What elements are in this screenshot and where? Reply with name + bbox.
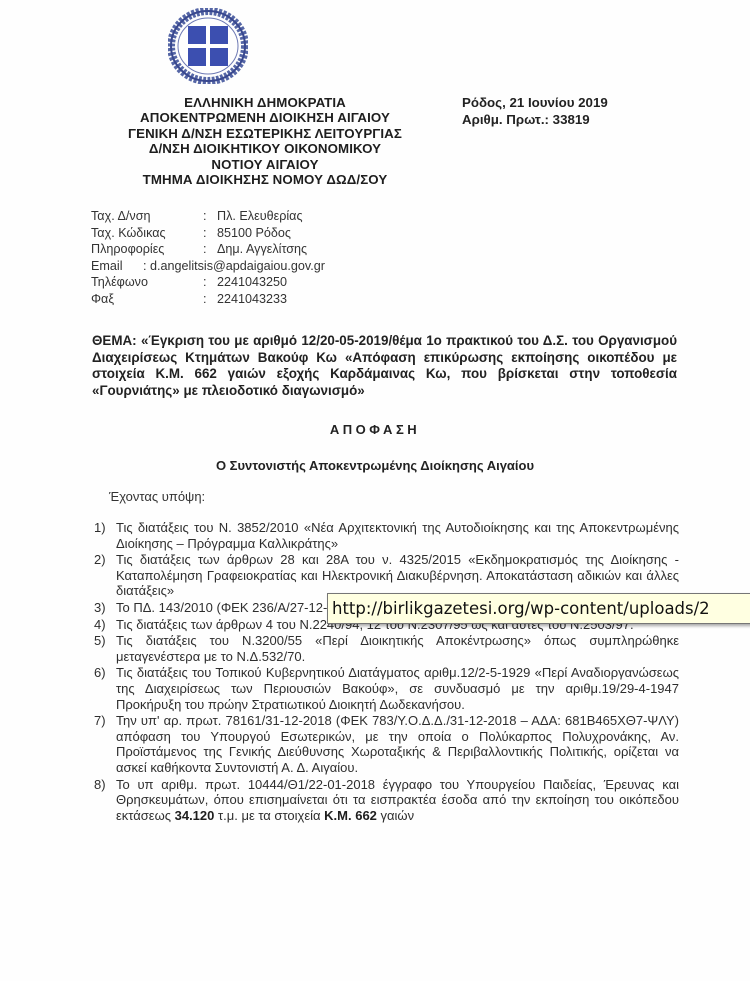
- link-url-tooltip: http://birlikgazetesi.org/wp-content/upl…: [327, 593, 750, 624]
- item-text: Το υπ αριθμ. πρωτ. 10444/Θ1/22-01-2018 έ…: [116, 777, 679, 824]
- contact-row-fax: Φαξ : 2241043233: [91, 291, 325, 308]
- coordinator-heading: Ο Συντονιστής Αποκεντρωμένης Διοίκησης Α…: [0, 458, 750, 473]
- protocol-number: Αριθμ. Πρωτ.: 33819: [462, 111, 608, 128]
- contact-value: 85100 Ρόδος: [217, 225, 291, 242]
- contact-sep: :: [203, 241, 207, 258]
- contact-email: d.angelitsis@apdaigaiou.gov.gr: [150, 258, 325, 275]
- item-text: Τις διατάξεις του Ν.3200/55 «Περί Διοικη…: [116, 633, 679, 664]
- header-line: ΤΜΗΜΑ ΔΙΟΙΚΗΣΗΣ ΝΟΜΟΥ ΔΩΔ/ΣΟΥ: [100, 172, 430, 187]
- item-text: Τις διατάξεις των άρθρων 28 και 28Α του …: [116, 552, 679, 599]
- contact-label: Ταχ. Δ/νση: [91, 208, 203, 225]
- item-text: Την υπ' αρ. πρωτ. 78161/31-12-2018 (ΦΕΚ …: [116, 713, 679, 775]
- having-regard-label: Έχοντας υπόψη:: [109, 489, 205, 504]
- contact-label: Ταχ. Κώδικας: [91, 225, 203, 242]
- list-item: 1) Τις διατάξεις του Ν. 3852/2010 «Νέα Α…: [94, 520, 679, 551]
- list-item: 6) Τις διατάξεις του Τοπικού Κυβερνητικο…: [94, 665, 679, 712]
- item-text: Τις διατάξεις του Τοπικού Κυβερνητικού Δ…: [116, 665, 679, 712]
- plot-code: Κ.Μ. 662: [324, 808, 377, 823]
- subject-paragraph: ΘΕΜΑ: «Έγκριση του με αριθμό 12/20-05-20…: [92, 333, 677, 399]
- list-item: 2) Τις διατάξεις των άρθρων 28 και 28Α τ…: [94, 552, 679, 599]
- date-protocol-block: Ρόδος, 21 Ιουνίου 2019 Αριθμ. Πρωτ.: 338…: [462, 94, 608, 128]
- contact-label: Φαξ: [91, 291, 203, 308]
- item-number: 7): [94, 713, 116, 775]
- place-date: Ρόδος, 21 Ιουνίου 2019: [462, 94, 608, 111]
- list-item: 5) Τις διατάξεις του Ν.3200/55 «Περί Διο…: [94, 633, 679, 664]
- item-number: 6): [94, 665, 116, 712]
- contact-value: 2241043233: [217, 291, 287, 308]
- contact-label: Email: [91, 258, 143, 275]
- contact-sep: :: [203, 208, 207, 225]
- contact-label: Πληροφορίες: [91, 241, 203, 258]
- header-line: ΝΟΤΙΟΥ ΑΙΓΑΙΟΥ: [100, 157, 430, 172]
- contact-value: Δημ. Αγγελίτσης: [217, 241, 307, 258]
- item-number: 2): [94, 552, 116, 599]
- header-line: Δ/ΝΣΗ ΔΙΟΙΚΗΤΙΚΟΥ ΟΙΚΟΝΟΜΙΚΟΥ: [100, 141, 430, 156]
- item-number: 5): [94, 633, 116, 664]
- contact-sep: :: [143, 258, 147, 275]
- contact-sep: :: [203, 274, 207, 291]
- contact-row-email: Email : d.angelitsis@apdaigaiou.gov.gr: [91, 258, 325, 275]
- contact-details: Ταχ. Δ/νση : Πλ. Ελευθερίας Ταχ. Κώδικας…: [91, 208, 325, 308]
- header-line: ΓΕΝΙΚΗ Δ/ΝΣΗ ΕΣΩΤΕΡΙΚΗΣ ΛΕΙΤΟΥΡΓΙΑΣ: [100, 126, 430, 141]
- header-line: ΑΠΟΚΕΝΤΡΩΜΕΝΗ ΔΙΟΙΚΗΣΗ ΑΙΓΑΙΟΥ: [100, 110, 430, 125]
- item-number: 4): [94, 617, 116, 633]
- contact-row-info: Πληροφορίες : Δημ. Αγγελίτσης: [91, 241, 325, 258]
- list-item: 8) Το υπ αριθμ. πρωτ. 10444/Θ1/22-01-201…: [94, 777, 679, 824]
- contact-value: 2241043250: [217, 274, 287, 291]
- item-text: Τις διατάξεις του Ν. 3852/2010 «Νέα Αρχι…: [116, 520, 679, 551]
- greek-coat-of-arms-icon: [168, 8, 248, 84]
- considerations-list: 1) Τις διατάξεις του Ν. 3852/2010 «Νέα Α…: [94, 520, 679, 824]
- contact-sep: :: [203, 291, 207, 308]
- area-value: 34.120: [175, 808, 215, 823]
- contact-value: Πλ. Ελευθερίας: [217, 208, 303, 225]
- item-number: 1): [94, 520, 116, 551]
- contact-row-phone: Τηλέφωνο : 2241043250: [91, 274, 325, 291]
- decision-title: ΑΠΟΦΑΣΗ: [0, 422, 750, 437]
- header-line: ΕΛΛΗΝΙΚΗ ΔΗΜΟΚΡΑΤΙΑ: [100, 95, 430, 110]
- list-item: 7) Την υπ' αρ. πρωτ. 78161/31-12-2018 (Φ…: [94, 713, 679, 775]
- issuing-authority-header: ΕΛΛΗΝΙΚΗ ΔΗΜΟΚΡΑΤΙΑ ΑΠΟΚΕΝΤΡΩΜΕΝΗ ΔΙΟΙΚΗ…: [100, 95, 430, 187]
- contact-sep: :: [203, 225, 207, 242]
- contact-row-address: Ταχ. Δ/νση : Πλ. Ελευθερίας: [91, 208, 325, 225]
- item-number: 3): [94, 600, 116, 616]
- item-number: 8): [94, 777, 116, 824]
- contact-label: Τηλέφωνο: [91, 274, 203, 291]
- contact-row-postcode: Ταχ. Κώδικας : 85100 Ρόδος: [91, 225, 325, 242]
